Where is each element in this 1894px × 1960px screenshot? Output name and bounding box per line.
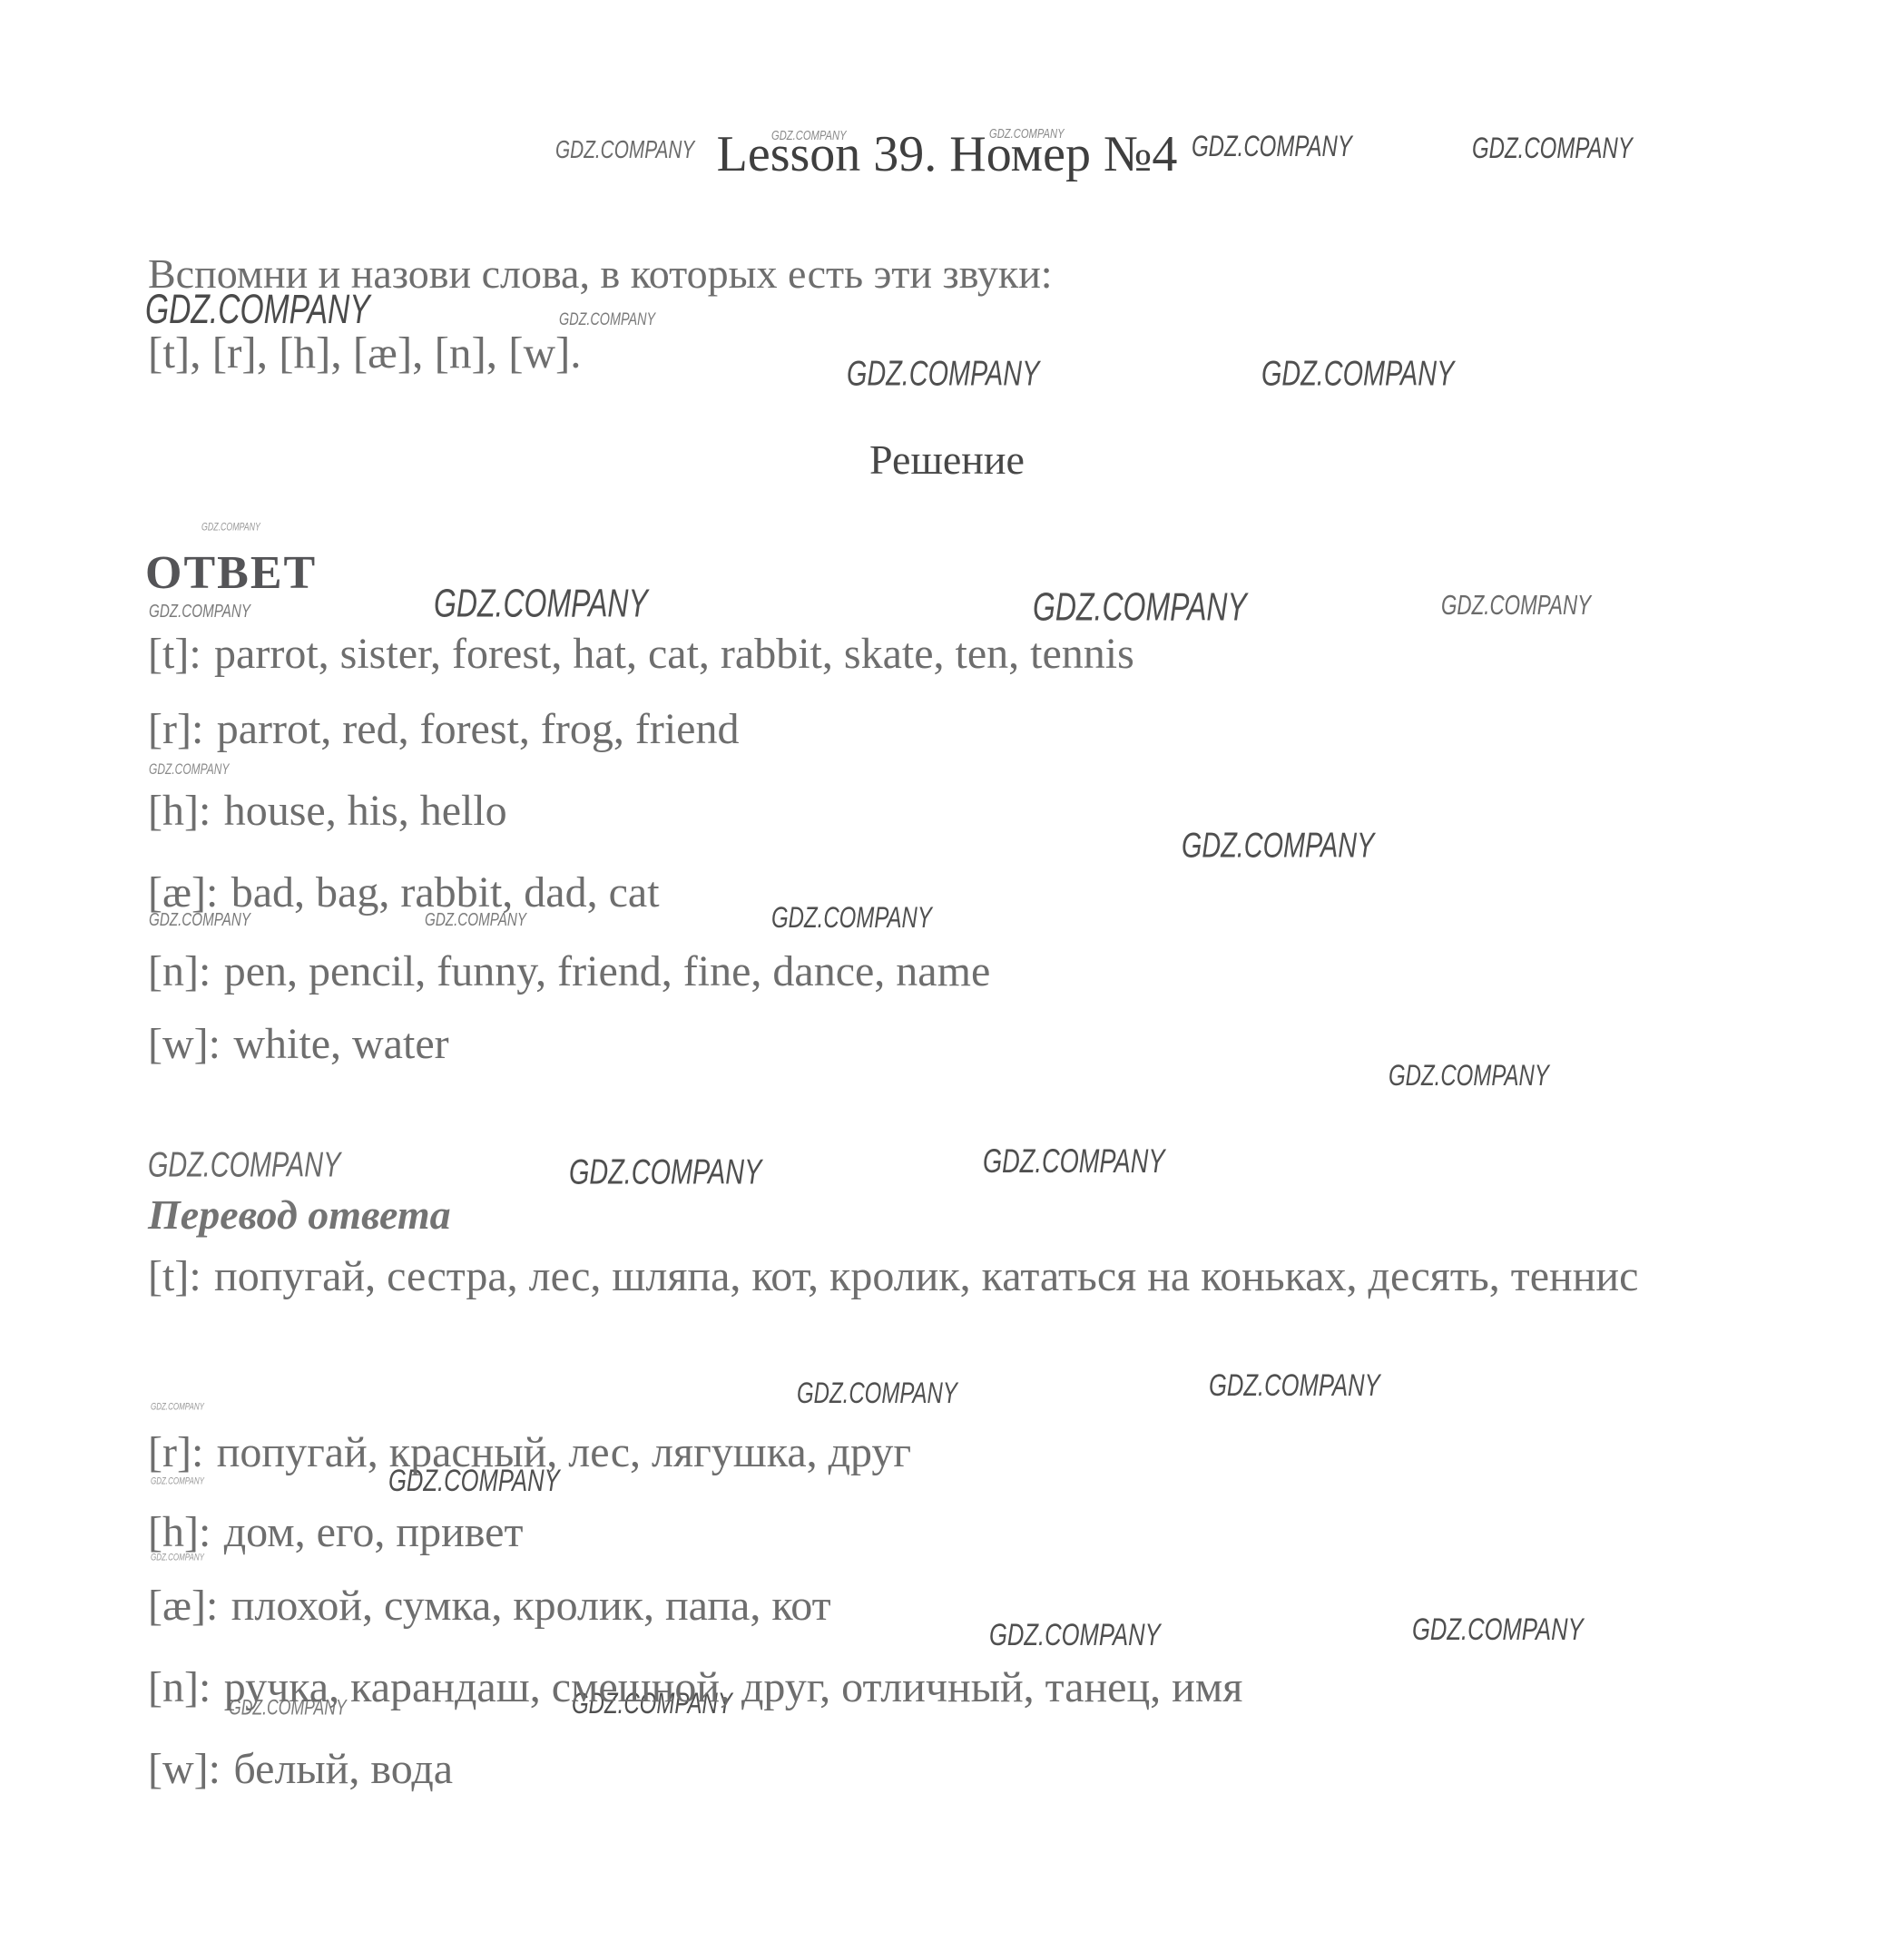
word-list: белый, вода [233,1745,453,1793]
watermark: GDZ.COMPANY [1389,1062,1549,1091]
separator: : [209,1745,221,1793]
separator: : [189,1252,201,1300]
watermark: GDZ.COMPANY [149,603,250,622]
answer-row: [w]:white, water [148,1019,449,1069]
watermark: GDZ.COMPANY [569,1154,761,1190]
sound-label: [h] [148,787,199,835]
answer-row: [h]:house, his, hello [148,786,507,836]
translation-row: [æ]:плохой, сумка, кролик, папа, кот [148,1581,831,1631]
separator: : [209,1020,221,1068]
watermark: GDZ.COMPANY [1033,588,1247,627]
watermark: GDZ.COMPANY [559,310,655,328]
solution-heading: Решение [0,436,1894,484]
watermark: GDZ.COMPANY [771,904,932,933]
watermark: GDZ.COMPANY [1182,828,1374,863]
page-title: Lesson 39. Номер №4 [0,125,1894,183]
separator: : [199,787,211,835]
task-sounds: [t], [r], [h], [æ], [n], [w]. [148,327,582,378]
sound-label: [n] [148,1663,199,1711]
sound-label: [t] [148,1252,189,1300]
sound-label: [t] [148,630,189,678]
watermark: GDZ.COMPANY [797,1379,957,1408]
sound-label: [r] [148,705,191,753]
watermark: GDZ.COMPANY [1441,592,1591,619]
watermark: GDZ.COMPANY [151,1403,204,1413]
translation-row: [w]:белый, вода [148,1744,453,1794]
sound-label: [r] [148,1428,191,1476]
translation-row: [r]:попугай, красный, лес, лягушка, друг [148,1427,911,1477]
translation-row: [t]:попугай, сестра, лес, шляпа, кот, кр… [148,1234,1700,1319]
watermark: GDZ.COMPANY [989,1619,1161,1651]
sound-label: [w] [148,1020,209,1068]
word-list: попугай, красный, лес, лягушка, друг [217,1428,911,1476]
answer-heading: ОТВЕТ [145,546,317,600]
watermark: GDZ.COMPANY [201,523,260,534]
separator: : [189,630,201,678]
separator: : [206,1582,218,1630]
watermark: GDZ.COMPANY [1261,356,1454,391]
separator: : [199,1508,211,1556]
answer-row: [t]:parrot, sister, forest, hat, cat, ra… [148,629,1134,679]
answer-row: [r]:parrot, red, forest, frog, friend [148,704,739,754]
answer-row: [n]:pen, pencil, funny, friend, fine, da… [148,946,990,996]
word-list: white, water [233,1020,448,1068]
watermark: GDZ.COMPANY [847,356,1039,391]
document-page: { "meta": { "watermark_text": "GDZ.COMPA… [0,0,1894,1960]
watermark: GDZ.COMPANY [434,584,648,623]
separator: : [199,947,211,995]
word-list: плохой, сумка, кролик, папа, кот [231,1582,831,1630]
task-prompt: Вспомни и назови слова, в которых есть э… [148,250,1053,299]
sound-label: [æ] [148,868,206,916]
separator: : [191,1428,203,1476]
sound-label: [n] [148,947,199,995]
sound-label: [h] [148,1508,199,1556]
word-list: parrot, red, forest, frog, friend [217,705,740,753]
sound-label: [æ] [148,1582,206,1630]
word-list: дом, его, привет [224,1508,524,1556]
watermark: GDZ.COMPANY [1209,1369,1380,1401]
watermark: GDZ.COMPANY [983,1145,1164,1179]
translation-heading: Перевод ответа [148,1191,451,1239]
watermark: GDZ.COMPANY [149,762,229,777]
separator: : [191,705,203,753]
watermark: GDZ.COMPANY [148,1147,340,1182]
separator: : [199,1663,211,1711]
watermark: GDZ.COMPANY [1412,1613,1584,1645]
word-list: bad, bag, rabbit, dad, cat [231,868,660,916]
watermark: GDZ.COMPANY [151,1477,204,1487]
word-list: попугай, сестра, лес, шляпа, кот, кролик… [214,1252,1638,1300]
word-list: parrot, sister, forest, hat, cat, rabbit… [214,630,1134,678]
separator: : [206,868,218,916]
translation-row: [h]:дом, его, привет [148,1507,523,1557]
word-list: pen, pencil, funny, friend, fine, dance,… [224,947,991,995]
word-list: ручка, карандаш, смешной, друг, отличный… [224,1663,1243,1711]
answer-row: [æ]:bad, bag, rabbit, dad, cat [148,867,660,917]
sound-label: [w] [148,1745,209,1793]
translation-row: [n]:ручка, карандаш, смешной, друг, отли… [148,1662,1242,1712]
word-list: house, his, hello [224,787,507,835]
